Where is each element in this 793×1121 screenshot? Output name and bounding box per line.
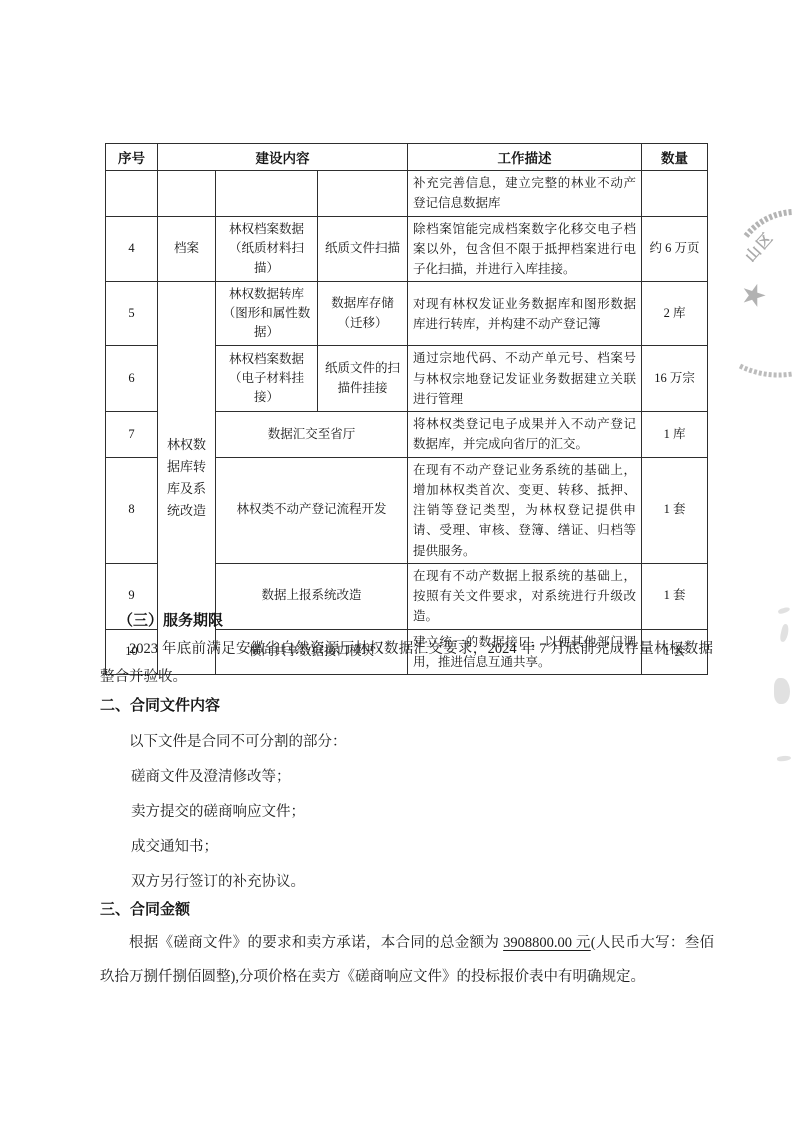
cell-qty: 16 万宗	[642, 346, 708, 412]
cell-desc: 除档案馆能完成档案数字化移交电子档案以外，包含但不限于抵押档案进行电子化扫描，并…	[408, 216, 642, 282]
cell-desc: 在现有不动产数据上报系统的基础上，按照有关文件要求，对系统进行升级改造。	[408, 563, 642, 629]
cell-qty: 1 套	[642, 457, 708, 563]
header-qty: 数量	[642, 144, 708, 171]
stamp-arc-top	[736, 206, 793, 246]
cell-no: 7	[106, 412, 158, 458]
stamp-star-icon: ★	[735, 275, 771, 317]
cell-content-wide: 林权类不动产登记流程开发	[216, 457, 408, 563]
header-content: 建设内容	[158, 144, 408, 171]
cell-desc: 补充完善信息，建立完整的林业不动产登记信息数据库	[408, 171, 642, 217]
cell-qty: 2 库	[642, 282, 708, 346]
cell-method: 数据库存储（迁移）	[318, 282, 408, 346]
cell-no: 8	[106, 457, 158, 563]
ink-smudge	[774, 678, 790, 704]
cell-qty: 1 库	[642, 412, 708, 458]
amount-prefix: 根据《磋商文件》的要求和卖方承诺，本合同的总金额为	[129, 935, 503, 951]
cell-qty: 约 6 万页	[642, 216, 708, 282]
cell-desc: 在现有不动产登记业务系统的基础上，增加林权类首次、变更、转移、抵押、注销等登记类…	[408, 457, 642, 563]
contract-docs-item: 磋商文件及澄清修改等；	[131, 765, 291, 786]
cell-desc: 通过宗地代码、不动产单元号、档案号与林权宗地登记发证业务数据建立关联进行管理	[408, 346, 642, 412]
table-header-row: 序号 建设内容 工作描述 数量	[106, 144, 708, 171]
cell-qty: 1 套	[642, 563, 708, 629]
cell-no: 4	[106, 216, 158, 282]
cell-content-wide: 数据汇交至省厅	[216, 412, 408, 458]
table-row: 补充完善信息，建立完整的林业不动产登记信息数据库	[106, 171, 708, 217]
cell-method: 纸质文件的扫描件挂接	[318, 346, 408, 412]
ink-smudge	[779, 623, 790, 642]
cell-content: 林权数据转库（图形和属性数据）	[216, 282, 318, 346]
cell-content	[216, 171, 318, 217]
header-no: 序号	[106, 144, 158, 171]
contract-amount-body: 根据《磋商文件》的要求和卖方承诺，本合同的总金额为 3908800.00 元(人…	[100, 926, 714, 994]
cell-content: 林权档案数据（纸质材料扫描）	[216, 216, 318, 282]
contract-total-amount: 3908800.00 元	[503, 935, 591, 951]
contract-docs-item: 双方另行签订的补充协议。	[131, 870, 305, 891]
cell-no: 6	[106, 346, 158, 412]
contract-docs-heading: 二、合同文件内容	[100, 694, 220, 715]
table-row: 5 林权数据库转库及系统改造 林权数据转库（图形和属性数据） 数据库存储（迁移）…	[106, 282, 708, 346]
document-page: 山区 ★ 序号 建设内容 工作描述 数量 补充完善信息，建立完整的林业不动产登记…	[0, 0, 793, 1121]
cell-content-wide: 数据上报系统改造	[216, 563, 408, 629]
service-term-body: 2023 年底前满足安徽省自然资源厅林权数据汇交要求，2024 年 7 月底前完…	[100, 635, 713, 691]
contract-docs-intro: 以下文件是合同不可分割的部分：	[129, 730, 347, 751]
ink-smudge	[777, 755, 791, 761]
work-items-table: 序号 建设内容 工作描述 数量 补充完善信息，建立完整的林业不动产登记信息数据库…	[105, 143, 708, 675]
cell-no: 5	[106, 282, 158, 346]
cell-desc: 对现有林权发证业务数据库和图形数据库进行转库，并构建不动产登记簿	[408, 282, 642, 346]
contract-docs-item: 卖方提交的磋商响应文件；	[131, 800, 305, 821]
cell-qty	[642, 171, 708, 217]
stamp-partial-text: 山区	[740, 227, 778, 266]
contract-amount-heading: 三、合同金额	[100, 898, 190, 919]
cell-group	[158, 171, 216, 217]
cell-method: 纸质文件扫描	[318, 216, 408, 282]
cell-no	[106, 171, 158, 217]
contract-docs-item: 成交通知书；	[131, 835, 218, 856]
ink-smudge	[778, 606, 791, 614]
cell-content: 林权档案数据（电子材料挂接）	[216, 346, 318, 412]
table-row: 4 档案 林权档案数据（纸质材料扫描） 纸质文件扫描 除档案馆能完成档案数字化移…	[106, 216, 708, 282]
cell-group: 档案	[158, 216, 216, 282]
header-desc: 工作描述	[408, 144, 642, 171]
cell-method	[318, 171, 408, 217]
service-term-heading: （三）服务期限	[118, 609, 223, 630]
stamp-arc-bottom	[738, 358, 793, 382]
cell-desc: 将林权类登记电子成果并入不动产登记数据库，并完成向省厅的汇交。	[408, 412, 642, 458]
